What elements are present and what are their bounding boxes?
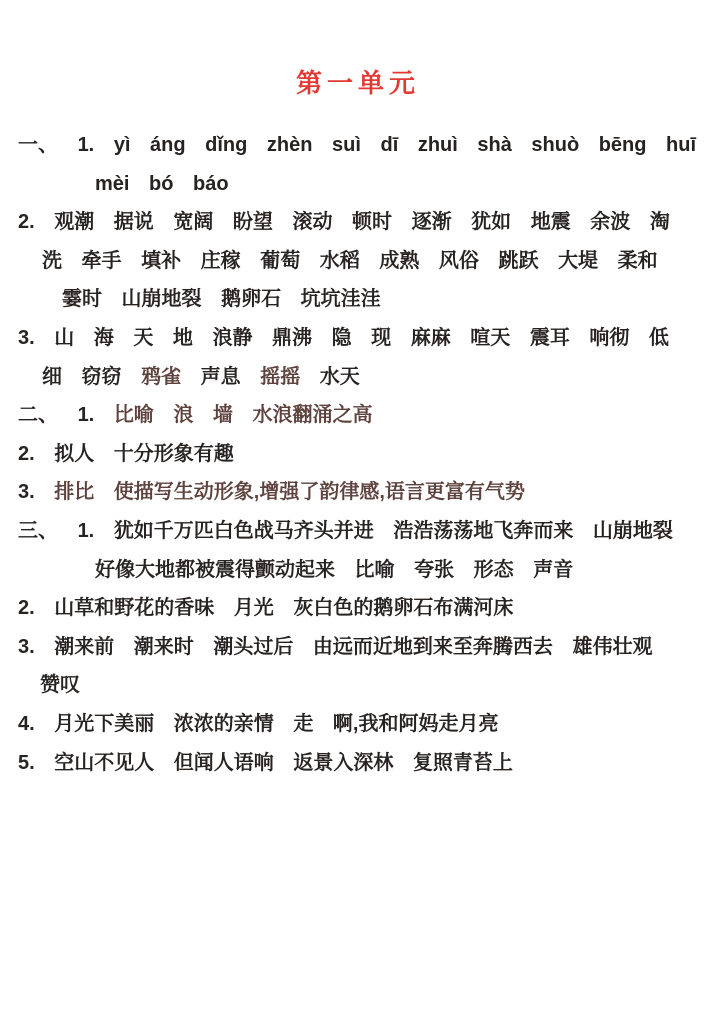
text-line: mèi bó báo [0,165,716,204]
line-text: 摇摇 [260,366,300,388]
text-line: 一、 1. yì áng dǐng zhèn suì dī zhuì shà s… [0,126,716,165]
line-text: 好像大地都被震得颤动起来 比喻 夸张 形态 声音 [95,559,573,581]
line-number: 1. [78,520,114,542]
line-number: 3. [18,636,54,658]
text-line: 2. 山草和野花的香味 月光 灰白色的鹅卵石布满河床 [0,589,716,628]
text-line: 三、 1. 犹如千万匹白色战马齐头并进 浩浩荡荡地飞奔而来 山崩地裂 [0,512,716,551]
text-line: 4. 月光下美丽 浓浓的亲情 走 啊,我和阿妈走月亮 [0,705,716,744]
line-number: 二、 [18,404,78,426]
document-body: 一、 1. yì áng dǐng zhèn suì dī zhuì shà s… [0,126,716,782]
line-number: 2. [18,597,54,619]
line-number: 3. [18,327,54,349]
line-text: 潮来前 潮来时 潮头过后 由远而近地到来至奔腾西去 雄伟壮观 [54,636,652,658]
line-number: 一、 [18,134,78,156]
line-number: 2. [18,443,54,465]
page-title: 第一单元 [0,0,716,98]
line-number: 三、 [18,520,78,542]
line-text: 霎时 山崩地裂 鹅卵石 坑坑洼洼 [62,288,381,310]
line-text: mèi bó báo [95,173,229,195]
line-number: 2. [18,211,54,233]
text-line: 3. 排比 使描写生动形象,增强了韵律感,语言更富有气势 [0,473,716,512]
line-text: 排比 使描写生动形象,增强了韵律感,语言更富有气势 [54,481,525,503]
line-number: 4. [18,713,54,735]
line-text: 山 海 天 地 浪静 鼎沸 隐 现 麻麻 喧天 震耳 响彻 低 [54,327,669,349]
line-number: 3. [18,481,54,503]
text-line: 3. 山 海 天 地 浪静 鼎沸 隐 现 麻麻 喧天 震耳 响彻 低 [0,319,716,358]
line-text: 水天 [300,366,360,388]
line-text: 比喻 浪 墙 水浪翻涌之高 [114,404,373,426]
text-line: 3. 潮来前 潮来时 潮头过后 由远而近地到来至奔腾西去 雄伟壮观 [0,628,716,667]
line-text: 月光下美丽 浓浓的亲情 走 啊,我和阿妈走月亮 [54,713,498,735]
line-text: yì áng dǐng zhèn suì dī zhuì shà shuò bē… [114,134,696,156]
line-text: 山草和野花的香味 月光 灰白色的鹅卵石布满河床 [54,597,513,619]
line-text: 犹如千万匹白色战马齐头并进 浩浩荡荡地飞奔而来 山崩地裂 [114,520,673,542]
line-text: 观潮 据说 宽阔 盼望 滚动 顿时 逐渐 犹如 地震 余波 淘 [54,211,670,233]
line-number: 5. [18,752,54,774]
text-line: 二、 1. 比喻 浪 墙 水浪翻涌之高 [0,396,716,435]
text-line: 细 窃窃 鸦雀 声息 摇摇 水天 [0,358,716,397]
line-text: 拟人 十分形象有趣 [54,443,234,465]
text-line: 好像大地都被震得颤动起来 比喻 夸张 形态 声音 [0,551,716,590]
text-line: 2. 拟人 十分形象有趣 [0,435,716,474]
text-line: 2. 观潮 据说 宽阔 盼望 滚动 顿时 逐渐 犹如 地震 余波 淘 [0,203,716,242]
line-text: 鸦雀 [141,366,181,388]
document-page: 第一单元 一、 1. yì áng dǐng zhèn suì dī zhuì … [0,0,716,1024]
text-line: 洗 牵手 填补 庄稼 葡萄 水稻 成熟 风俗 跳跃 大堤 柔和 [0,242,716,281]
line-text: 声息 [181,366,260,388]
text-line: 霎时 山崩地裂 鹅卵石 坑坑洼洼 [0,280,716,319]
line-text: 赞叹 [40,674,80,696]
line-text: 细 窃窃 [42,366,141,388]
line-text: 洗 牵手 填补 庄稼 葡萄 水稻 成熟 风俗 跳跃 大堤 柔和 [42,250,658,272]
line-text: 空山不见人 但闻人语响 返景入深林 复照青苔上 [54,752,513,774]
text-line: 5. 空山不见人 但闻人语响 返景入深林 复照青苔上 [0,744,716,783]
text-line: 赞叹 [0,666,716,705]
line-number: 1. [78,134,114,156]
line-number: 1. [78,404,114,426]
